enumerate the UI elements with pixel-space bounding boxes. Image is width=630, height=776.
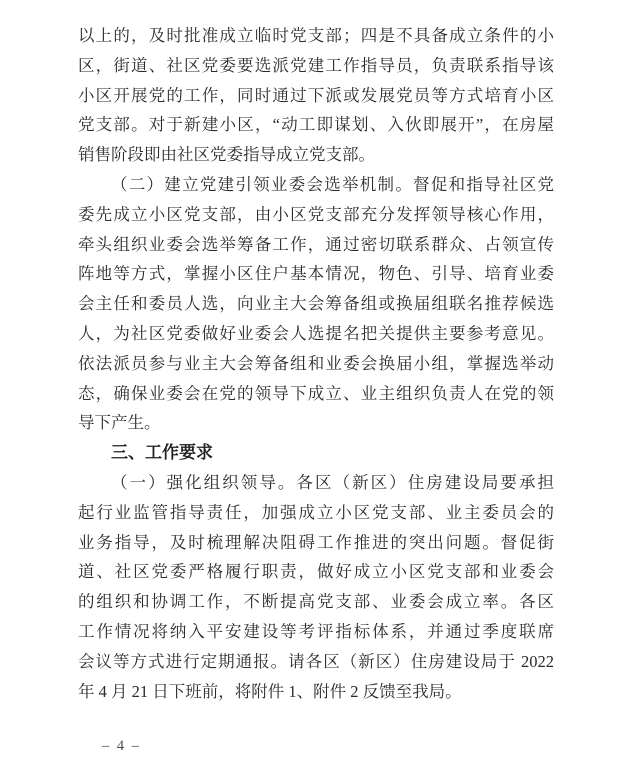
document-text-line: 销售阶段即由社区党委指导成立党支部。 xyxy=(78,140,554,170)
document-text-line: 起行业监管指导责任，加强成立小区党支部、业主委员会的 xyxy=(78,498,554,528)
document-text-line: 小区开展党的工作，同时通过下派或发展党员等方式培育小区 xyxy=(78,81,554,111)
document-text-line: 道、社区党委严格履行职责，做好成立小区党支部和业委会 xyxy=(78,557,554,587)
document-text-line: 年 4 月 21 日下班前，将附件 1、附件 2 反馈至我局。 xyxy=(78,677,554,707)
document-text-line: 三、工作要求 xyxy=(78,438,554,468)
document-text-line: 工作情况将纳入平安建设等考评指标体系，并通过季度联席 xyxy=(78,617,554,647)
document-text-line: 以上的，及时批准成立临时党支部；四是不具备成立条件的小 xyxy=(78,21,554,51)
document-text-line: 委先成立小区党支部，由小区党支部充分发挥领导核心作用， xyxy=(78,200,554,230)
document-text-line: 牵头组织业委会选举筹备工作，通过密切联系群众、占领宣传 xyxy=(78,230,554,260)
document-text-line: 业务指导，及时梳理解决阻碍工作推进的突出问题。督促街 xyxy=(78,528,554,558)
document-text-line: 的组织和协调工作，不断提高党支部、业委会成立率。各区 xyxy=(78,587,554,617)
document-text-line: 阵地等方式，掌握小区住户基本情况，物色、引导、培育业委 xyxy=(78,259,554,289)
document-text-line: 会主任和委员人选，向业主大会筹备组或换届组联名推荐候选 xyxy=(78,289,554,319)
document-body: 以上的，及时批准成立临时党支部；四是不具备成立条件的小区，街道、社区党委要选派党… xyxy=(78,21,554,706)
page-number: – 4 – xyxy=(102,738,141,754)
document-text-line: 区，街道、社区党委要选派党建工作指导员，负责联系指导该 xyxy=(78,51,554,81)
document-text-line: 导下产生。 xyxy=(78,408,554,438)
document-text-line: 会议等方式进行定期通报。请各区（新区）住房建设局于 2022 xyxy=(78,647,554,677)
document-text-line: 党支部。对于新建小区，“动工即谋划、入伙即展开”，在房屋 xyxy=(78,110,554,140)
document-text-line: （二）建立党建引领业委会选举机制。督促和指导社区党 xyxy=(78,170,554,200)
document-text-line: （一）强化组织领导。各区（新区）住房建设局要承担 xyxy=(78,468,554,498)
document-text-line: 依法派员参与业主大会筹备组和业委会换届小组，掌握选举动 xyxy=(78,349,554,379)
document-text-line: 态，确保业委会在党的领导下成立、业主组织负责人在党的领 xyxy=(78,379,554,409)
document-text-line: 人，为社区党委做好业委会人选提名把关提供主要参考意见。 xyxy=(78,319,554,349)
document-page: 以上的，及时批准成立临时党支部；四是不具备成立条件的小区，街道、社区党委要选派党… xyxy=(0,0,630,776)
